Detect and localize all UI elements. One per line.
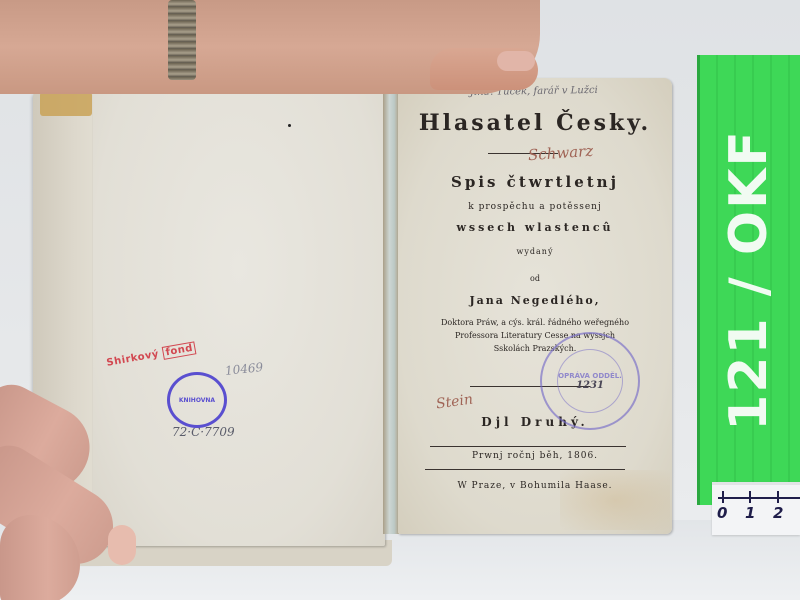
museum-stamp: OPRÁVA ODDĚL. 1231: [540, 332, 640, 430]
publication-year: Prwnj ročnj běh, 1806.: [398, 451, 672, 461]
scale-label-0: 0: [717, 504, 727, 522]
author-name: Jana Negedlého,: [398, 294, 672, 307]
page-foxing: [560, 470, 670, 530]
scale-tick: [722, 491, 724, 503]
imprint: W Praze, v Bohumila Haase.: [398, 481, 672, 491]
volume-part: Djl Druhý.: [398, 415, 672, 429]
subtitle: Spis čtwrtletnj: [398, 173, 672, 191]
author-credentials-2: Professora Literatury Cesse na wyssjch: [398, 331, 672, 340]
subtitle-line-3: wssech wlastencû: [398, 221, 672, 234]
year-rule-bottom: [425, 469, 625, 470]
scale-label-2: 2: [773, 504, 783, 522]
subtitle-line-4: wydaný: [398, 247, 672, 256]
museum-stamp-number: 1231: [576, 380, 604, 391]
museum-stamp-inner: OPRÁVA ODDĚL. 1231: [557, 349, 623, 413]
label-stand-text-wrap: 121 / OKF: [697, 55, 800, 505]
scale-tick: [777, 491, 779, 503]
book-spine-gutter: [383, 82, 399, 534]
scale-line: [718, 497, 800, 499]
fingernail: [108, 525, 136, 565]
page-spot: [288, 124, 291, 127]
subtitle-line-5: od: [398, 274, 672, 283]
museum-stamp-center-text: OPRÁVA ODDĚL.: [558, 372, 622, 380]
subtitle-line-2: k prospěchu a potěssenj: [398, 202, 672, 212]
holding-fingers: [0, 375, 145, 600]
call-number-label: 121 / OKF: [719, 129, 779, 431]
book-cover-corner-stain: [40, 92, 92, 116]
thumbnail: [497, 51, 535, 71]
library-stamp-text: KNIHOVNA: [179, 397, 215, 404]
book-title: Hlasatel Česky.: [398, 110, 672, 136]
author-credentials-3: Sskolách Prazských.: [398, 344, 672, 353]
year-rule-top: [430, 446, 626, 447]
author-credentials-1: Doktora Práw, a cýs. král. řádného weřeg…: [398, 318, 672, 327]
wristwatch-bracelet: [168, 0, 196, 80]
scale-tick: [749, 491, 751, 503]
scale-label-1: 1: [745, 504, 755, 522]
library-stamp: KNIHOVNA: [167, 372, 227, 428]
